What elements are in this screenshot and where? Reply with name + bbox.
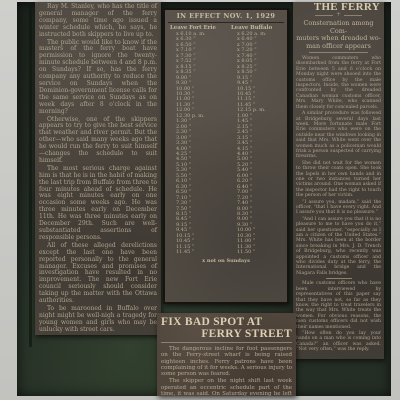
- clipping-ferry-complaints: Ray M. Stanley, who has the title of gen…: [35, 2, 161, 335]
- article-paragraph: She did not wait for the women to throw …: [296, 161, 381, 199]
- clipping-ferry-schedule: IN EFFECT NOV. 1, 1929 Leave Fort Erie L…: [163, 8, 289, 304]
- headline-line-1: FIX BAD SPOT AT: [161, 316, 292, 328]
- article-paragraph: “I assure you, madam,” said the officer,…: [296, 200, 381, 216]
- article-paragraph: The dangerous incline for foot passenger…: [161, 346, 292, 377]
- page-seam: [29, 2, 32, 347]
- article-paragraph: All of these alleged derelictions except…: [39, 243, 157, 305]
- article-paragraph: A similar procedure was followed at Brid…: [296, 111, 381, 160]
- article-paragraph: Otherwise, one of the skippers appears t…: [39, 117, 157, 165]
- subhead-line: Consternation among Com-: [296, 20, 381, 35]
- schedule-time: 11.50 ”: [223, 250, 284, 255]
- subhead-line: man officer appears: [296, 43, 381, 50]
- article-paragraph: Women commuters who disembarked from the…: [296, 56, 381, 110]
- subhead: Consternation among Com- muters when dre…: [296, 20, 381, 50]
- article-paragraph: To be marooned in Buffalo over night mig…: [39, 306, 157, 334]
- section-divider: [326, 278, 352, 279]
- schedule-time: 11.45 ”: [168, 250, 223, 255]
- cross-divider-icon: +: [296, 12, 381, 18]
- article-paragraph: Ray M. Stanley, who has the title of gen…: [39, 4, 157, 39]
- schedule-title: IN EFFECT NOV. 1, 1929: [168, 12, 284, 23]
- clipping-fix-bad-spot: FIX BAD SPOT AT FERRY STREET The dangero…: [157, 313, 296, 396]
- scrapbook-page: Ray M. Stanley, who has the title of gen…: [17, 2, 391, 396]
- article-paragraph: “How often do you lay your hands on a ma…: [296, 331, 381, 353]
- photo-frame: Ray M. Stanley, who has the title of gen…: [0, 0, 400, 400]
- headline-line-2: FERRY STREET: [161, 328, 292, 343]
- article-paragraph: Male customs officers who have been inte…: [296, 281, 381, 330]
- article-paragraph: The public would like to know if the mas…: [39, 40, 157, 116]
- schedule-rows: x 6.10 a. m.x 6.20 a. m.x 6.30 ”x 6.40 ”…: [168, 32, 284, 256]
- article-paragraph: The most serious charge against him is t…: [39, 166, 157, 242]
- headline: THE FERRY: [296, 5, 380, 10]
- rule-divider: [309, 52, 369, 53]
- article-paragraph: The skipper on the night shift last week…: [161, 378, 292, 396]
- schedule-row: 11.45 ”11.50 ”: [168, 250, 284, 255]
- schedule-footnote: x not on Sundays: [168, 258, 284, 264]
- clipping-the-ferry: THE FERRY + Consternation among Com- mut…: [293, 2, 384, 359]
- article-paragraph: “And I can assure you that it is no plea…: [296, 217, 381, 276]
